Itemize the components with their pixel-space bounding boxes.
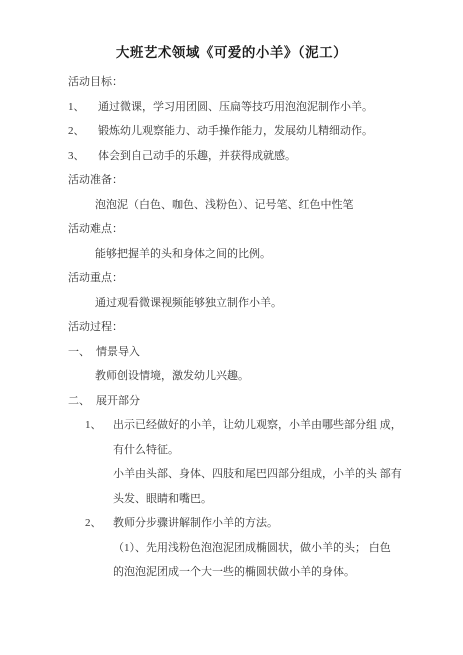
line-text: 通过观看微课视频能够独立制作小羊。 <box>95 297 282 309</box>
process-part-2-heading: 二、展开部分 <box>68 389 408 414</box>
line-text: 教师分步骤讲解制作小羊的方法。 <box>113 517 278 529</box>
preparation-text: 泡泡泥（白色、咖色、浅粉色）、记号笔、红色中性笔 <box>68 193 408 218</box>
list-marker: 2、 <box>85 511 113 536</box>
process-part-1-heading: 一、情景导入 <box>68 340 408 365</box>
line-text: 教师创设情境，激发幼儿兴趣。 <box>95 370 249 382</box>
part2-item-1-line-2: 有什么特征。 <box>68 438 408 463</box>
line-text: 出示已经做好的小羊，让幼儿观察，小羊由哪些部分组 成， <box>113 419 402 431</box>
line-text: 有什么特征。 <box>113 444 179 456</box>
list-marker: 二、 <box>68 389 96 414</box>
goal-item-2: 2、锻炼幼儿观察能力、动手操作能力，发展幼儿精细动作。 <box>68 119 408 144</box>
document-title: 大班艺术领域《可爱的小羊》（泥工） <box>0 44 463 62</box>
section-label-preparation: 活动准备： <box>68 168 408 193</box>
part2-item-1-line-3: 小羊由头部、身体、四肢和尾巴四部分组成，小羊的头 部有 <box>68 462 408 487</box>
part2-item-1-line-1: 1、出示已经做好的小羊，让幼儿观察，小羊由哪些部分组 成， <box>68 413 408 438</box>
difficulty-text: 能够把握羊的头和身体之间的比例。 <box>68 242 408 267</box>
list-marker: 2、 <box>68 119 98 144</box>
line-text: （1）、先用浅粉色泡泡泥团成椭圆状，做小羊的头； 白色 <box>113 542 391 554</box>
focus-text: 通过观看微课视频能够独立制作小羊。 <box>68 291 408 316</box>
part2-item-1-line-4: 头发、眼睛和嘴巴。 <box>68 487 408 512</box>
list-marker: 一、 <box>68 340 96 365</box>
document-body: 活动目标： 1、通过微课，学习用团圆、压扁等技巧用泡泡泥制作小羊。 2、锻炼幼儿… <box>68 70 408 585</box>
goal-item-1: 1、通过微课，学习用团圆、压扁等技巧用泡泡泥制作小羊。 <box>68 95 408 120</box>
line-text: 锻炼幼儿观察能力、动手操作能力，发展幼儿精细动作。 <box>98 125 373 137</box>
goal-item-3: 3、体会到自己动手的乐趣，并获得成就感。 <box>68 144 408 169</box>
line-text: 活动过程： <box>68 321 123 333</box>
part2-item-2: 2、教师分步骤讲解制作小羊的方法。 <box>68 511 408 536</box>
process-part-1-text: 教师创设情境，激发幼儿兴趣。 <box>68 364 408 389</box>
line-text: 的泡泡泥团成一个大一些的椭圆状做小羊的身体。 <box>113 566 355 578</box>
list-marker: 1、 <box>85 413 113 438</box>
line-text: 展开部分 <box>96 395 140 407</box>
line-text: 小羊由头部、身体、四肢和尾巴四部分组成，小羊的头 部有 <box>113 468 402 480</box>
part2-item-2-sub-line-1: （1）、先用浅粉色泡泡泥团成椭圆状，做小羊的头； 白色 <box>68 536 408 561</box>
line-text: 体会到自己动手的乐趣，并获得成就感。 <box>98 150 296 162</box>
line-text: 通过微课，学习用团圆、压扁等技巧用泡泡泥制作小羊。 <box>98 101 373 113</box>
line-text: 能够把握羊的头和身体之间的比例。 <box>95 248 271 260</box>
list-marker: 1、 <box>68 95 98 120</box>
document-page: 大班艺术领域《可爱的小羊》（泥工） 活动目标： 1、通过微课，学习用团圆、压扁等… <box>0 0 463 655</box>
line-text: 情景导入 <box>96 346 140 358</box>
section-label-focus: 活动重点： <box>68 266 408 291</box>
line-text: 活动准备： <box>68 174 123 186</box>
line-text: 活动目标： <box>68 76 123 88</box>
section-label-difficulty: 活动难点： <box>68 217 408 242</box>
line-text: 头发、眼睛和嘴巴。 <box>113 493 212 505</box>
section-label-process: 活动过程： <box>68 315 408 340</box>
line-text: 活动难点： <box>68 223 123 235</box>
section-label-goals: 活动目标： <box>68 70 408 95</box>
line-text: 泡泡泥（白色、咖色、浅粉色）、记号笔、红色中性笔 <box>95 199 354 211</box>
part2-item-2-sub-line-2: 的泡泡泥团成一个大一些的椭圆状做小羊的身体。 <box>68 560 408 585</box>
list-marker: 3、 <box>68 144 98 169</box>
line-text: 活动重点： <box>68 272 123 284</box>
